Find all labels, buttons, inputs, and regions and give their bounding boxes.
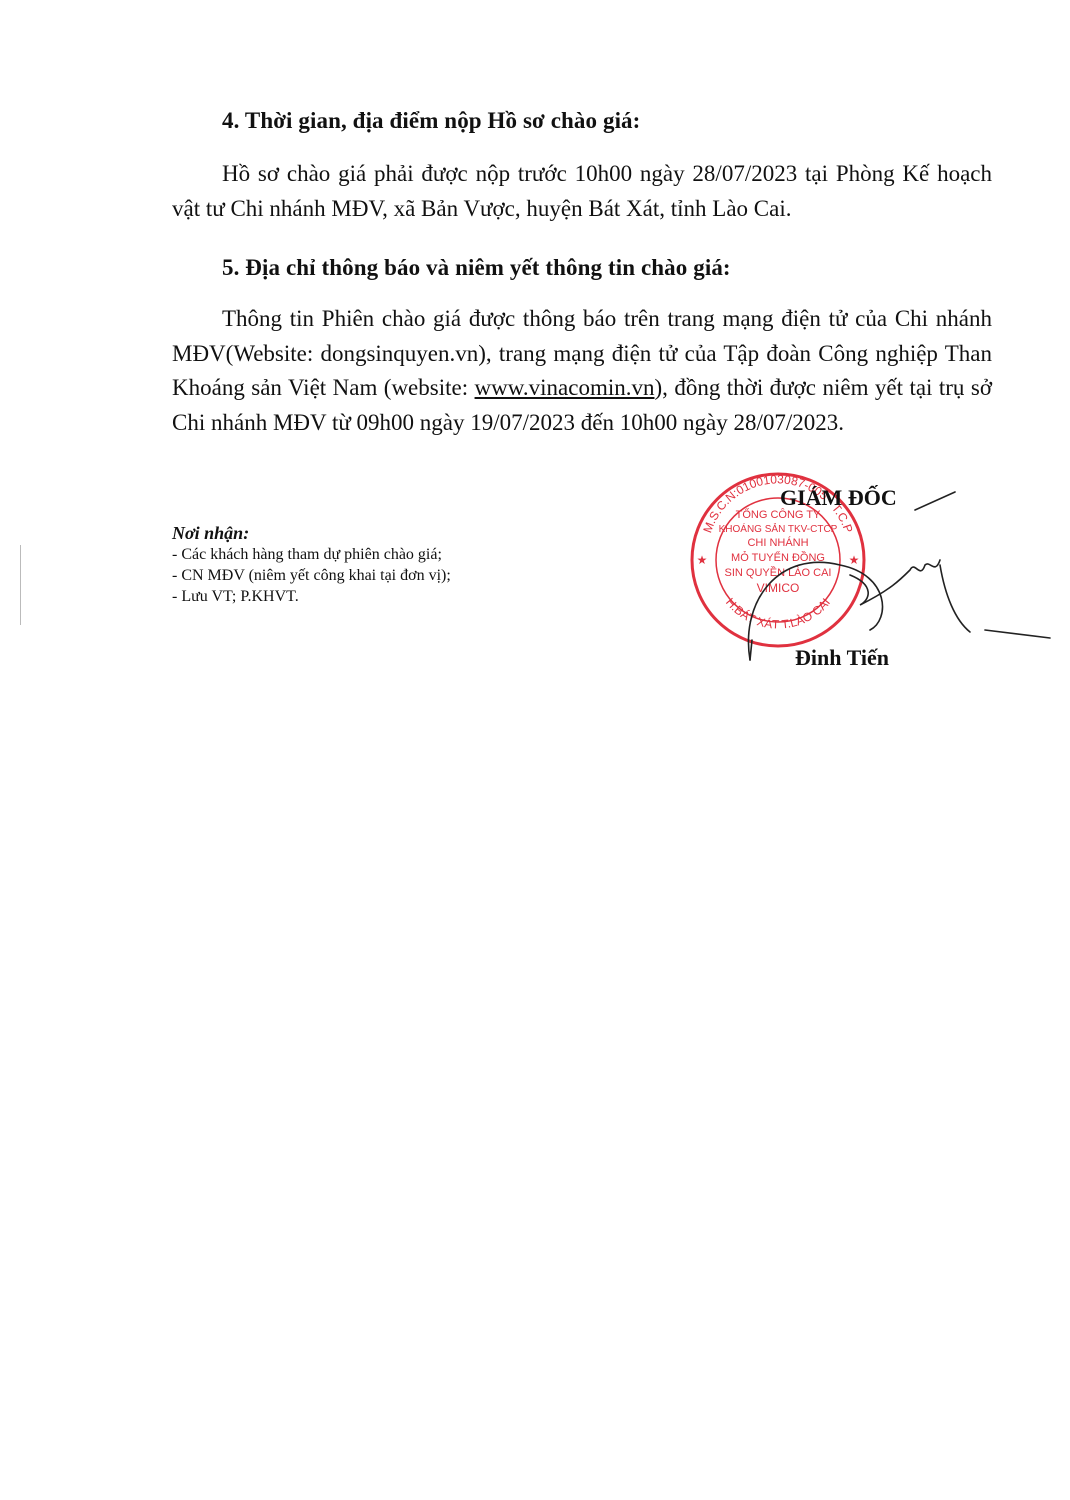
recipient-item: - Lưu VT; P.KHVT. (172, 586, 451, 607)
section-5-heading: 5. Địa chỉ thông báo và niêm yết thông t… (222, 255, 731, 281)
scan-margin-line (20, 545, 21, 625)
recipient-item: - CN MĐV (niêm yết công khai tại đơn vị)… (172, 565, 451, 586)
signer-name: Đinh Tiến (795, 645, 889, 671)
section-5-body: Thông tin Phiên chào giá được thông báo … (172, 302, 992, 440)
recipients-block: Nơi nhận: - Các khách hàng tham dự phiên… (172, 523, 451, 607)
vinacomin-link[interactable]: www.vinacomin.vn (475, 375, 655, 400)
recipients-title: Nơi nhận: (172, 523, 451, 544)
recipient-item: - Các khách hàng tham dự phiên chào giá; (172, 544, 451, 565)
section-4-text: Hồ sơ chào giá phải được nộp trước 10h00… (172, 161, 992, 221)
svg-text:★: ★ (697, 553, 708, 567)
signature-mark (740, 480, 1070, 680)
section-4-heading: 4. Thời gian, địa điểm nộp Hồ sơ chào gi… (222, 108, 640, 134)
section-4-body: Hồ sơ chào giá phải được nộp trước 10h00… (172, 157, 992, 226)
